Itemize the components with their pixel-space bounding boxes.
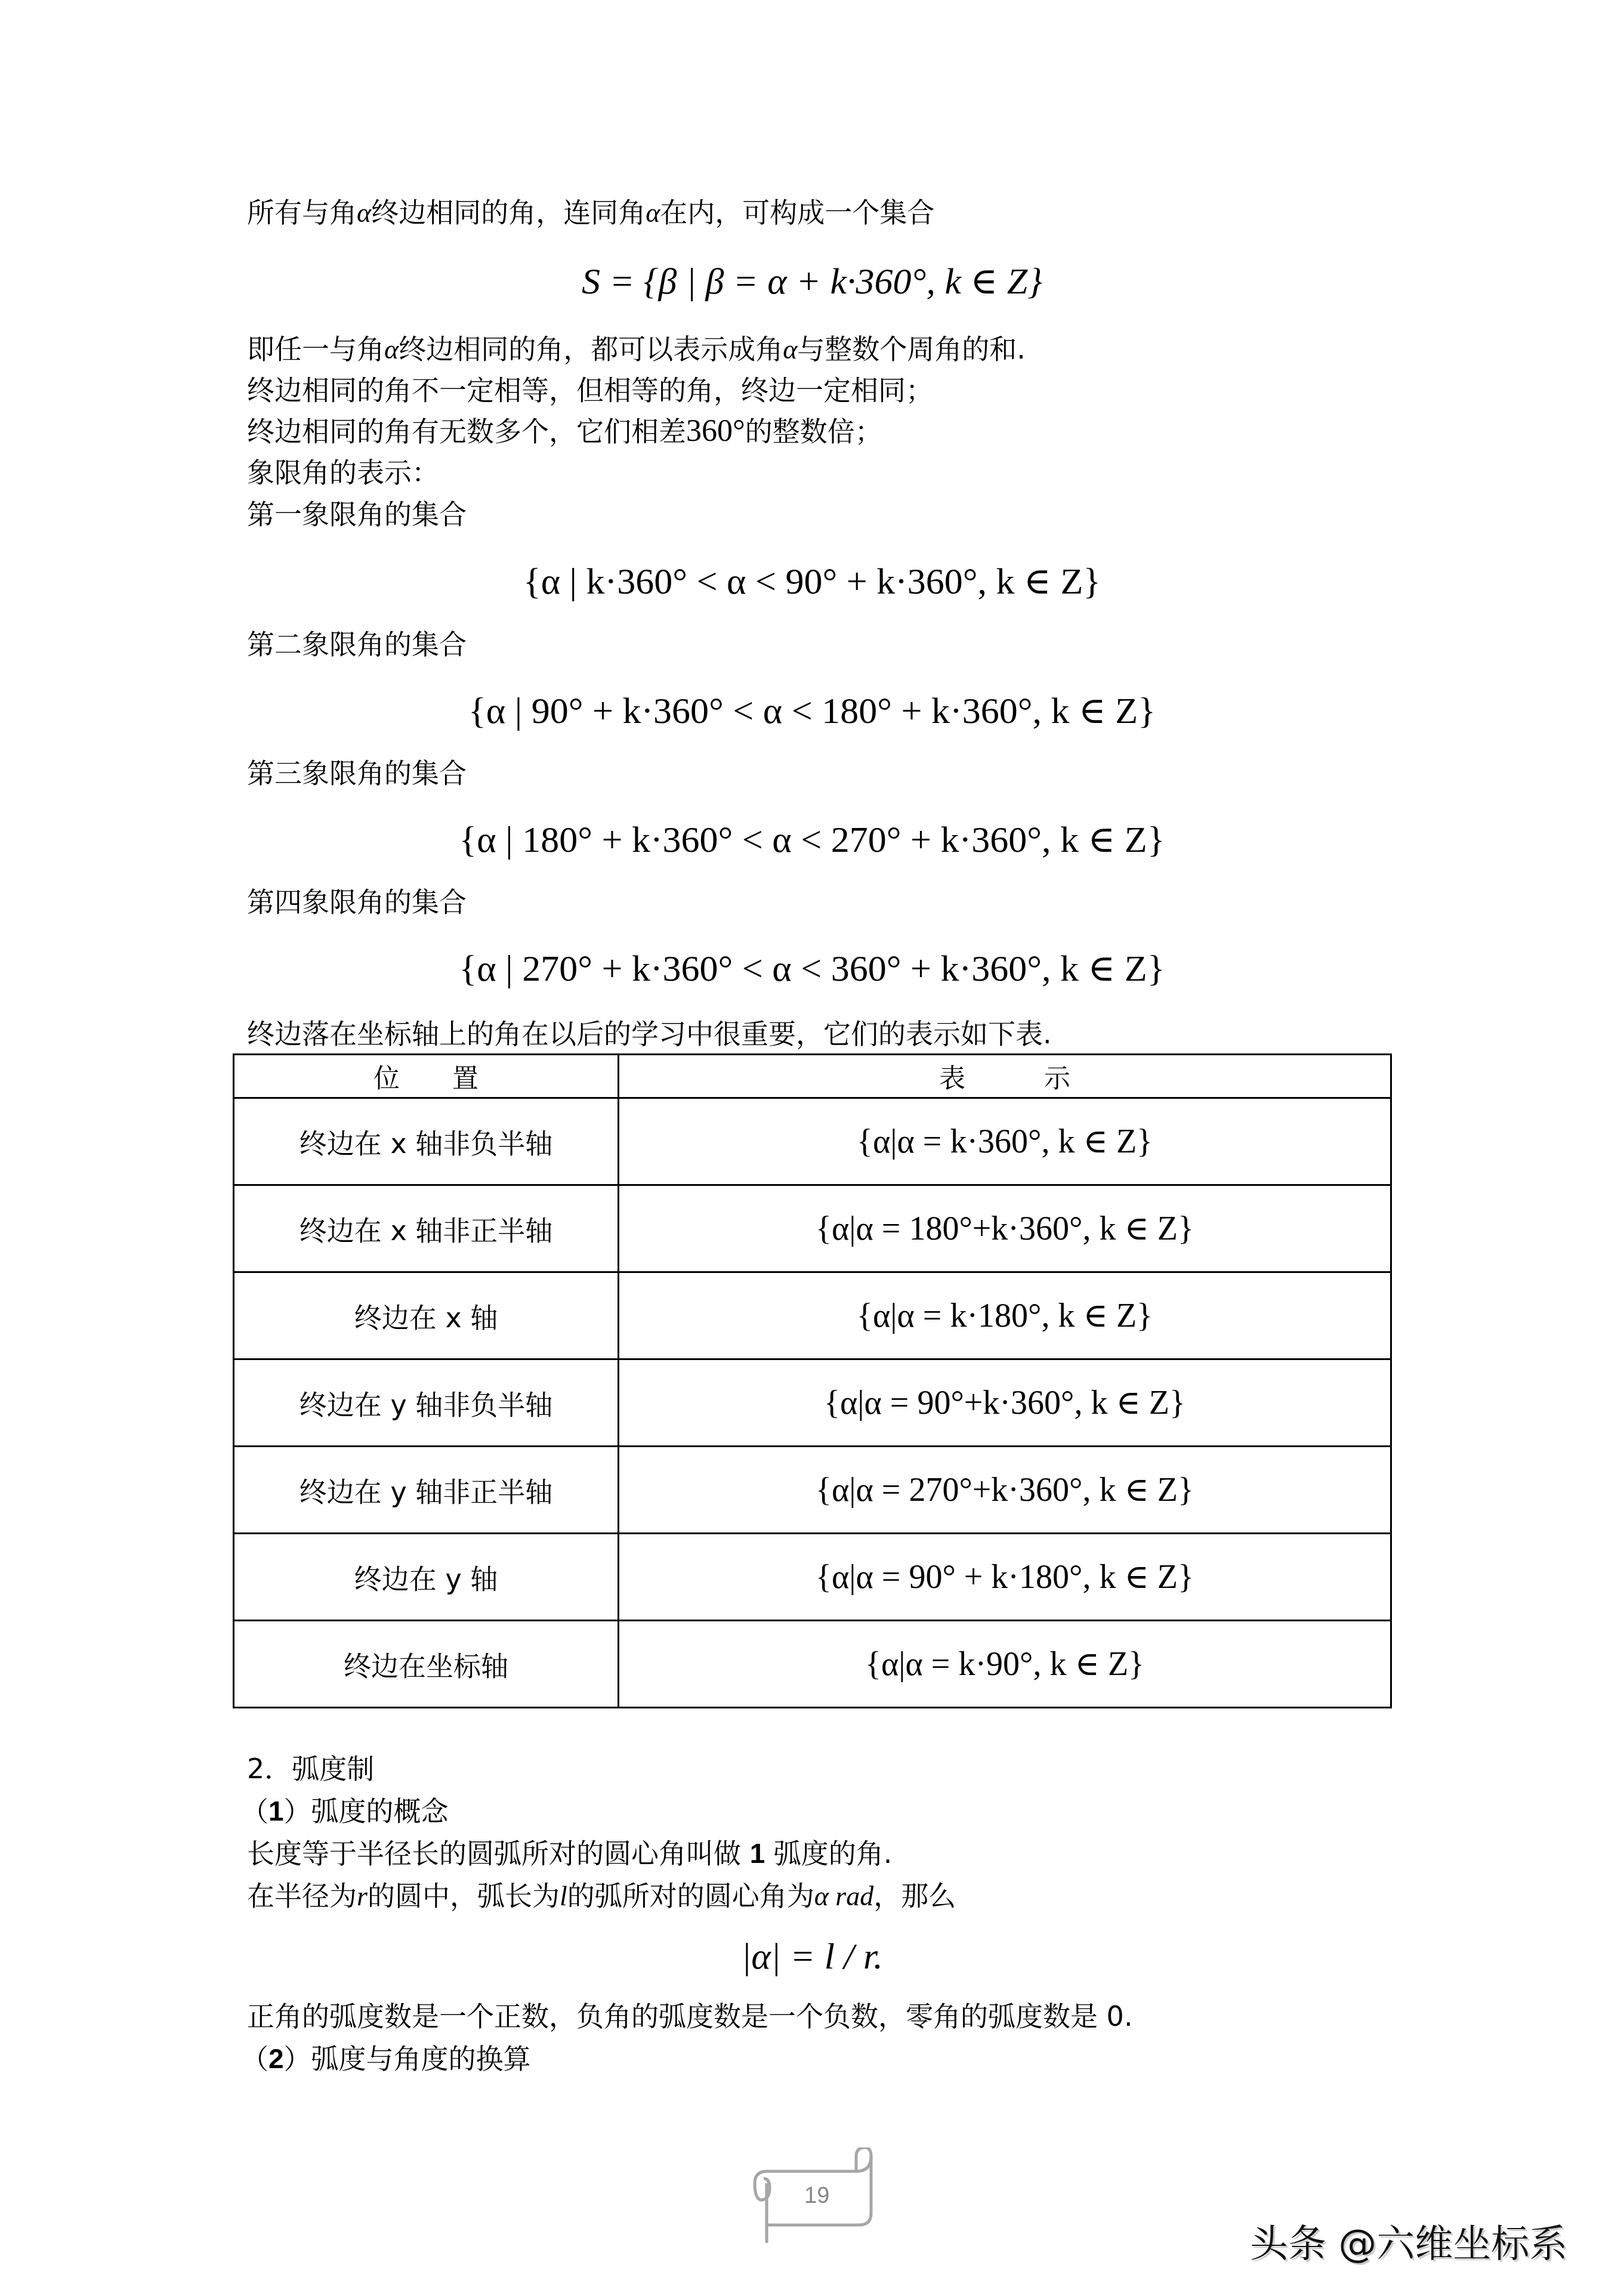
text: 在半径为 — [247, 1880, 357, 1912]
table-row: 终边在 y 轴非正半轴 {α|α = 270°+k·360°, k ∈ Z} — [234, 1447, 1391, 1534]
intro-line-5: 象限角的表示： — [247, 455, 439, 490]
table-row: 终边在 x 轴 {α|α = k·180°, k ∈ Z} — [234, 1272, 1391, 1359]
subsection-1-title: （1）弧度的概念 — [241, 1793, 449, 1829]
formula-text: S = {β | β = α + k·360°, k ∈ Z} — [582, 258, 1042, 305]
alpha-symbol: α — [357, 197, 371, 228]
text: 所有与角 — [247, 196, 357, 228]
text: 的整数倍； — [745, 415, 882, 447]
radian-definition: 长度等于半径长的圆弧所对的圆心角叫做 1 弧度的角. — [247, 1835, 892, 1871]
subsection-number: 2 — [268, 2043, 284, 2074]
page-number: 19 — [804, 2183, 829, 2209]
intro-line-4: 终边相同的角有无数多个，它们相差360°的整数倍； — [247, 413, 882, 449]
intro-line-1: 所有与角α终边相同的角，连同角α在内，可构成一个集合 — [247, 194, 934, 231]
alpha-symbol: α — [783, 334, 797, 364]
cell-expression: {α|α = 90° + k·180°, k ∈ Z} — [619, 1534, 1391, 1621]
text: 弧度与角度的换算 — [311, 2042, 531, 2075]
alpha-symbol: α — [646, 197, 660, 228]
cell-position: 终边在 y 轴非正半轴 — [234, 1447, 619, 1534]
cell-expression: {α|α = 180°+k·360°, k ∈ Z} — [619, 1185, 1391, 1272]
formula-text: {α | k·360° < α < 90° + k·360°, k ∈ Z} — [523, 558, 1101, 605]
cell-expression: {α|α = k·90°, k ∈ Z} — [619, 1621, 1391, 1708]
number: 1 — [750, 1838, 765, 1869]
radian-formula: |α| = l / r. — [0, 1933, 1624, 1980]
subsection-number: 1 — [268, 1796, 284, 1827]
alpha-symbol: α — [384, 334, 399, 364]
text: 与整数个周角的和. — [797, 333, 1026, 365]
formula-text: {α | 180° + k·360° < α < 270° + k·360°, … — [459, 816, 1165, 864]
quadrant-4-label: 第四象限角的集合 — [247, 884, 467, 920]
paren: ） — [284, 1795, 311, 1827]
cell-position: 终边在 x 轴 — [234, 1272, 619, 1359]
table-intro: 终边落在坐标轴上的角在以后的学习中很重要，它们的表示如下表. — [247, 1016, 1052, 1052]
sign-rule: 正角的弧度数是一个正数，负角的弧度数是一个负数，零角的弧度数是 0. — [247, 1998, 1133, 2034]
quadrant-3-formula: {α | 180° + k·360° < α < 270° + k·360°, … — [0, 816, 1624, 864]
cell-expression: {α|α = 90°+k·360°, k ∈ Z} — [619, 1359, 1391, 1447]
text: 弧度的概念 — [311, 1795, 449, 1827]
subsection-2-title: （2）弧度与角度的换算 — [241, 2041, 531, 2076]
watermark: 头条 @六维坐标系 — [1250, 2213, 1567, 2268]
text: 终边相同的角，都可以表示成角 — [399, 333, 783, 365]
table-row: 终边在 y 轴 {α|α = 90° + k·180°, k ∈ Z} — [234, 1534, 1391, 1621]
cell-position: 终边在 x 轴非负半轴 — [234, 1098, 619, 1185]
table-header-row: 位 置 表 示 — [234, 1055, 1391, 1098]
circle-statement: 在半径为r的圆中，弧长为l的弧所对的圆心角为α rad，那么 — [247, 1878, 956, 1914]
table-row: 终边在 y 轴非负半轴 {α|α = 90°+k·360°, k ∈ Z} — [234, 1359, 1391, 1447]
header-position: 位 置 — [234, 1055, 619, 1098]
quadrant-1-formula: {α | k·360° < α < 90° + k·360°, k ∈ Z} — [0, 558, 1624, 605]
formula-text: {α | 90° + k·360° < α < 180° + k·360°, k… — [468, 687, 1156, 735]
cell-expression: {α|α = k·360°, k ∈ Z} — [619, 1098, 1391, 1185]
var-l: l — [560, 1881, 567, 1911]
text: 终边相同的角，连同角 — [371, 196, 646, 228]
formula-text: {α | 270° + k·360° < α < 360° + k·360°, … — [459, 945, 1165, 993]
cell-position: 终边在 x 轴非正半轴 — [234, 1185, 619, 1272]
intro-line-2: 即任一与角α终边相同的角，都可以表示成角α与整数个周角的和. — [247, 331, 1026, 367]
text: ，那么 — [873, 1880, 956, 1912]
quadrant-4-formula: {α | 270° + k·360° < α < 360° + k·360°, … — [0, 945, 1624, 993]
alpha-rad: α rad — [814, 1881, 874, 1911]
quadrant-2-label: 第二象限角的集合 — [247, 626, 467, 662]
cell-position: 终边在 y 轴 — [234, 1534, 619, 1621]
degree-value: 360° — [686, 414, 745, 448]
text: 的弧所对的圆心角为 — [567, 1880, 814, 1912]
quadrant-1-label: 第一象限角的集合 — [247, 496, 467, 532]
quadrant-3-label: 第三象限角的集合 — [247, 755, 467, 791]
text: 终边相同的角有无数多个，它们相差 — [247, 415, 686, 447]
text: 长度等于半径长的圆弧所对的圆心角叫做 — [247, 1837, 741, 1869]
set-formula: S = {β | β = α + k·360°, k ∈ Z} — [0, 258, 1624, 305]
text: 的圆中，弧长为 — [368, 1880, 560, 1912]
table-row: 终边在 x 轴非正半轴 {α|α = 180°+k·360°, k ∈ Z} — [234, 1185, 1391, 1272]
quadrant-2-formula: {α | 90° + k·360° < α < 180° + k·360°, k… — [0, 687, 1624, 735]
cell-expression: {α|α = k·180°, k ∈ Z} — [619, 1272, 1391, 1359]
table-row: 终边在坐标轴 {α|α = k·90°, k ∈ Z} — [234, 1621, 1391, 1708]
formula-text: |α| = l / r. — [741, 1933, 883, 1980]
header-representation: 表 示 — [619, 1055, 1391, 1098]
axis-angle-table: 位 置 表 示 终边在 x 轴非负半轴 {α|α = k·360°, k ∈ Z… — [233, 1053, 1392, 1708]
text: 在内，可构成一个集合 — [660, 196, 934, 228]
intro-line-3: 终边相同的角不一定相等，但相等的角，终边一定相同； — [247, 372, 933, 408]
table-row: 终边在 x 轴非负半轴 {α|α = k·360°, k ∈ Z} — [234, 1098, 1391, 1185]
section-title-radian: 2．弧度制 — [247, 1751, 374, 1787]
text: 即任一与角 — [247, 333, 384, 365]
cell-expression: {α|α = 270°+k·360°, k ∈ Z} — [619, 1447, 1391, 1534]
paren: ） — [284, 2042, 311, 2075]
paren: （ — [241, 1795, 268, 1827]
cell-position: 终边在 y 轴非负半轴 — [234, 1359, 619, 1447]
cell-position: 终边在坐标轴 — [234, 1621, 619, 1708]
text: 弧度的角. — [774, 1837, 893, 1869]
paren: （ — [241, 2042, 268, 2075]
var-r: r — [357, 1881, 368, 1911]
